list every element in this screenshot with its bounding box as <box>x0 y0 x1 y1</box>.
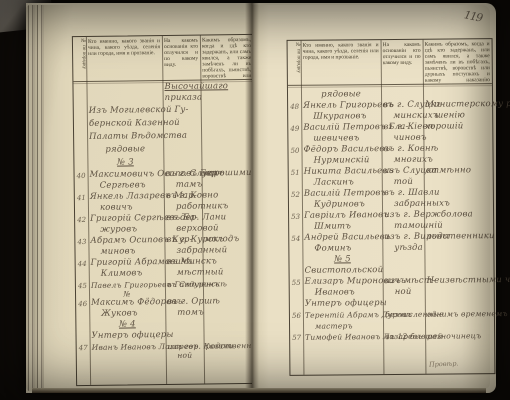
open-book: № по порядку Кто именно, какого званія и… <box>26 3 496 393</box>
entry-remarks: Министерскому разрѣ- шенію <box>423 99 510 122</box>
entry-name-line: шевичевъ <box>303 133 379 145</box>
entry-name: Иванъ Ивановъ Лазаревъ <box>90 341 166 360</box>
right-table-header: № по порядку Кто именно, какого званія и… <box>288 39 492 85</box>
register-entry: 54 Андрей Васильевъ Фоминъ изъ г. Вильны… <box>289 231 493 255</box>
entry-basis-line: минскихъ <box>383 111 421 122</box>
entry-name-line: Максимъ Фёдоровъ <box>91 297 163 309</box>
entry-number: 52 <box>289 189 302 211</box>
entry-name-line: Фёдоръ Васильевъ <box>303 144 379 156</box>
entry-name: Абрамъ Осиповъ Кур- миновъ <box>88 235 164 258</box>
basis-cell <box>165 319 203 330</box>
entry-basis: изъ г. Вильны уѣзда <box>382 232 424 254</box>
header-basis-column: На какомъ основаніи кто отлучился и по к… <box>162 36 201 80</box>
section-label-cell: Свистопольской <box>303 265 383 277</box>
entry-basis: изъ мѣст- ной <box>383 276 425 298</box>
entry-name: Василій Петровъ Гла- шевичевъ <box>301 122 381 145</box>
entry-number: 56 <box>290 310 303 332</box>
header-name-column: Кто именно, какого званія и чина, какого… <box>301 40 381 85</box>
entry-name-line: Кудриновъ <box>304 199 380 211</box>
header-remarks-column: Какимъ образомъ, когда и гдѣ кто задержа… <box>423 39 492 84</box>
section-heading-row: Изъ Могилевской Гу- бернской Казенной Па… <box>73 79 254 170</box>
entry-name: Максимовичъ Осиповъ Бер- Сергѣевъ <box>88 169 164 192</box>
entry-name-line: Иванъ Ивановъ Лазаревъ <box>92 341 164 353</box>
entry-number: 54 <box>289 233 302 255</box>
register-entry: 45 Павелъ Григорьевъ Гандуринъ № въ Смол… <box>76 278 256 298</box>
entry-basis-line: въ дер. Лани <box>166 213 200 224</box>
entry-basis: въ г. Шавли забранныхъ <box>382 188 424 210</box>
entry-remarks <box>424 209 493 232</box>
entry-number: 53 <box>289 211 302 233</box>
register-entry: 50 Фёдоръ Васильевъ Нурминскій въ г. Ков… <box>288 143 492 167</box>
basis-cell <box>381 84 423 100</box>
number-cell <box>289 255 302 266</box>
entry-basis: изъ гор. Казани ной <box>166 341 204 359</box>
register-entry: 52 Василій Петровъ Кудриновъ въ г. Шавли… <box>289 187 493 211</box>
entry-number: 50 <box>288 145 301 167</box>
right-table-body: рядовые 48 Янкель Григорьевъ Шкурановъ в… <box>288 83 494 343</box>
entry-name-line: Жуковъ <box>91 308 163 320</box>
entry-name-line: Максимовичъ Осиповъ Бер- <box>90 169 162 181</box>
entry-remark-line: отмѣнно <box>426 165 491 177</box>
section-heading: Изъ Могилевской Гу- бернской Казенной Па… <box>86 80 163 170</box>
entry-basis: въ Минскъ мѣстный <box>165 257 203 279</box>
entry-name: Андрей Васильевъ Фоминъ <box>302 232 382 255</box>
register-entry: 55 Елизаръ Мироновичъ Ивановъ изъ мѣст- … <box>290 275 494 299</box>
register-entry: 42 Григорій Сергѣевъ Ба- журовъ въ дер. … <box>75 212 255 236</box>
entry-remarks: Неизвѣстными числами <box>425 275 510 298</box>
entry-name: Григорій Абрамовичъ Климовъ <box>89 257 165 280</box>
entry-basis: въ г. Кіевѣ чиновъ <box>381 122 423 144</box>
entry-basis: изъ Слуцка той <box>382 166 424 188</box>
entry-number: 49 <box>288 123 301 145</box>
margin-note-line: Высочайшаго <box>164 82 198 93</box>
entry-number: 51 <box>289 167 302 189</box>
entry-basis: въ г. Ковно работникъ <box>164 191 202 213</box>
entry-remarks <box>423 143 492 166</box>
entry-basis-line: мѣстный <box>167 268 201 279</box>
entry-basis-line: изъ г. Вильны <box>384 232 422 243</box>
remarks-cell <box>425 264 494 276</box>
section-number: № 5 <box>304 254 380 266</box>
margin-note-line: приказа <box>165 93 199 104</box>
entry-name: Терентій Абрамъ Дуровъ мастеръ <box>303 309 383 332</box>
section-label: Свистопольской <box>305 265 381 277</box>
heading-line: Палаты Вѣдомства <box>89 130 161 144</box>
entry-basis: безчисленные <box>383 309 425 331</box>
entry-name-line: Янкель Лазаревъ Мар- <box>90 191 162 203</box>
section-number-cell: № 5 <box>302 254 382 266</box>
section-number: № 3 <box>89 156 161 170</box>
entry-number: 46 <box>76 298 89 320</box>
basis-cell <box>383 298 425 309</box>
entry-basis-line: ной <box>168 352 202 359</box>
entry-basis: изъ г. Вержболова тамошній <box>382 210 424 232</box>
section-label: Унтеръ офицеры <box>91 330 163 342</box>
left-page: № по порядку Кто именно, какого званія и… <box>44 5 272 389</box>
entry-number: 45 <box>76 280 89 298</box>
entry-basis: въ г. Слуцкъ минскихъ <box>381 100 423 122</box>
entry-number: 55 <box>290 277 303 299</box>
entry-name: Янкель Лазаревъ Мар- ковичъ <box>88 191 164 214</box>
entry-name: Максимъ Фёдоровъ Жуковъ <box>89 297 165 320</box>
register-entry: 53 Гавріилъ Ивановъ Шмитъ изъ г. Вержбол… <box>289 209 493 233</box>
left-table-header: № по порядку Кто именно, какого званія и… <box>73 35 254 81</box>
entry-name-line: Шмитъ <box>304 221 380 233</box>
entry-basis: въ г. Ковнѣ многихъ <box>381 144 423 166</box>
entry-basis-line: въ 12 бывшей <box>385 331 423 342</box>
entry-basis-line: работникъ <box>166 202 200 213</box>
register-entry: 41 Янкель Лазаревъ Мар- ковичъ въ г. Ков… <box>75 190 255 214</box>
entry-name: Павелъ Григорьевъ Гандуринъ № <box>89 279 165 298</box>
entry-name: Фёдоръ Васильевъ Нурминскій <box>301 144 381 167</box>
left-register-table: № по порядку Кто именно, какого званія и… <box>72 34 258 386</box>
entry-remarks <box>424 187 493 210</box>
number-cell <box>290 299 303 310</box>
entry-basis-line: томъ <box>167 308 201 319</box>
header-name-column: Кто именно, какого званія и чина, какого… <box>86 36 163 81</box>
group-label-cell: рядовые <box>301 84 381 101</box>
right-page: № по порядку Кто именно, какого званія и… <box>252 5 490 389</box>
entry-number: 48 <box>288 101 301 123</box>
entry-remark-line: шенію <box>425 110 510 122</box>
entry-name-line: Фоминъ <box>304 243 380 255</box>
entry-basis-line: ной <box>385 287 423 298</box>
entry-basis-line: въ г. Ковно <box>166 191 200 202</box>
entry-remarks: однимъ временемъ <box>425 308 510 331</box>
entry-name-line: Тимофей Ивановъ Лазаревъ <box>305 331 381 343</box>
entry-name-line: Абрамъ Осиповъ Кур- <box>90 235 162 247</box>
archivist-pencil-note: Провѣр. <box>428 359 458 368</box>
entry-name-line: Григорій Абрамовичъ <box>91 257 163 269</box>
entry-basis-line: въ г. Слуцкъ <box>165 169 199 180</box>
right-register-table: № по порядку Кто именно, какого званія и… <box>287 38 496 376</box>
entry-basis-line: въ г. Оршѣ <box>167 297 201 308</box>
register-entry: 46 Максимъ Фёдоровъ Жуковъ въ г. Оршѣ то… <box>76 296 256 320</box>
number-cell <box>76 320 89 331</box>
header-number-column: № по порядку <box>288 41 301 85</box>
entry-name-line: Григорій Сергѣевъ Ба- <box>90 213 162 225</box>
entry-name-line: Ивановъ <box>305 287 381 299</box>
entry-basis-line: изъ г. Вержболова <box>384 210 422 221</box>
entry-remark-line: Неизвѣстными числами <box>427 275 510 287</box>
entry-basis-line: забранный <box>166 246 200 257</box>
entry-basis-line: въ г. Кіевѣ <box>383 122 421 133</box>
entry-remarks: родственники <box>424 231 497 254</box>
entry-name: Янкель Григорьевъ Шкурановъ <box>301 100 381 123</box>
entry-remark-line: разночинецъ <box>427 330 492 342</box>
entry-number: 57 <box>290 332 303 343</box>
basis-cell <box>382 254 424 265</box>
entry-name-line: Климовъ <box>91 268 163 280</box>
heading-line: рядовые <box>89 143 161 157</box>
register-entry: 44 Григорій Абрамовичъ Климовъ въ Минскъ… <box>76 256 256 280</box>
section-label: Унтеръ офицеры <box>305 298 381 310</box>
heading-line: бернской Казенной <box>89 117 161 131</box>
entry-remark-line: родственники <box>426 231 494 243</box>
entry-name-line: Нурминскій <box>304 155 380 167</box>
entry-name-line: Василій Петровъ Гла- <box>303 122 379 134</box>
scanned-book-photo: № по порядку Кто именно, какого званія и… <box>0 0 510 400</box>
entry-basis-line: изъ мѣст- <box>385 276 423 287</box>
heading-line: Изъ Могилевской Гу- <box>89 104 161 118</box>
book-bottom-edge <box>32 388 486 393</box>
entry-number: 41 <box>75 192 88 214</box>
entry-name-line: ковичъ <box>90 202 162 214</box>
entry-name-line: Терентій Абрамъ Дуровъ <box>305 309 381 321</box>
entry-name-line: Никита Васильевъ <box>304 166 380 178</box>
entry-name-line: миновъ <box>90 246 162 258</box>
entry-number: 43 <box>75 236 88 258</box>
entry-number: 42 <box>75 214 88 236</box>
basis-cell <box>165 330 203 341</box>
entry-remarks: разночинецъ <box>425 330 494 342</box>
remarks-cell <box>424 253 493 265</box>
entry-name-line: Сергѣевъ <box>90 180 162 192</box>
entry-basis-line: той <box>384 177 422 188</box>
entry-number: 40 <box>75 170 88 192</box>
entry-remark-line: хорошій <box>425 121 490 133</box>
entry-remark-line: однимъ временемъ <box>427 308 508 320</box>
book-gutter-shadow <box>245 3 259 393</box>
entry-basis-line: изъ Слуцка <box>384 166 422 177</box>
entry-basis-line: тамошній <box>384 221 422 232</box>
entry-basis-line: уѣзда <box>384 243 422 254</box>
number-cell <box>73 81 87 170</box>
register-entry: 47 Иванъ Ивановъ Лазаревъ изъ гор. Казан… <box>77 340 257 360</box>
register-entry: 56 Терентій Абрамъ Дуровъ мастеръ безчис… <box>290 308 494 332</box>
entry-basis-line: въ г. Ковнѣ <box>383 144 421 155</box>
register-entry: 51 Никита Васильевъ Ласкинъ изъ Слуцка т… <box>289 165 493 189</box>
entry-basis: въ г. Слуцкъ тамъ <box>163 169 201 191</box>
entry-basis-line: чиновъ <box>383 133 421 144</box>
entry-name-line: мастеръ <box>305 320 381 332</box>
register-entry: 40 Максимовичъ Осиповъ Бер- Сергѣевъ въ … <box>75 168 255 192</box>
entry-basis-line: тамъ <box>166 180 200 191</box>
section-number: № 4 <box>91 319 163 331</box>
entry-remarks: хорошій <box>423 121 492 144</box>
register-entry: 43 Абрамъ Осиповъ Кур- миновъ въ г. Курс… <box>75 234 255 258</box>
entry-basis-line: въ Смоленскѣ <box>167 279 201 290</box>
entry-remarks: отмѣнно <box>424 165 493 188</box>
entry-basis-line: въ Минскъ <box>167 257 201 268</box>
entry-name: Гавріилъ Ивановъ Шмитъ <box>302 210 382 233</box>
entry-basis-line: забранныхъ <box>384 199 422 210</box>
entry-name-line: Ласкинъ <box>304 177 380 189</box>
number-cell <box>76 331 89 342</box>
entry-basis-line: въ г. Шавли <box>384 188 422 199</box>
entry-name-line: Шкурановъ <box>303 111 379 123</box>
number-cell <box>290 266 303 277</box>
entry-basis: въ Смоленскѣ <box>165 279 203 297</box>
entry-name: Василій Петровъ Кудриновъ <box>302 188 382 211</box>
register-entry: 57 Тимофей Ивановъ Лазаревъ въ 12 бывшей… <box>290 330 494 343</box>
entry-basis: въ 12 бывшей <box>383 331 425 342</box>
entry-basis-line: многихъ <box>384 155 422 166</box>
remarks-cell <box>423 83 492 100</box>
number-cell <box>288 85 301 101</box>
register-entry: 48 Янкель Григорьевъ Шкурановъ въ г. Слу… <box>288 99 492 123</box>
entry-basis: въ г. Оршѣ томъ <box>165 297 203 319</box>
group-label: рядовые <box>303 89 379 101</box>
entry-basis-line: въ г. Слуцкъ <box>383 100 421 111</box>
group-label-row: рядовые <box>288 83 492 101</box>
register-entry: 49 Василій Петровъ Гла- шевичевъ въ г. К… <box>288 121 492 145</box>
section-label-cell: Унтеръ офицеры <box>303 298 383 310</box>
entry-name-line: журовъ <box>90 224 162 236</box>
entry-name: Никита Васильевъ Ласкинъ <box>302 166 382 189</box>
remarks-cell <box>425 297 494 309</box>
basis-cell <box>383 265 425 276</box>
entry-name: Григорій Сергѣевъ Ба- журовъ <box>88 213 164 236</box>
entry-name-line: Василій Петровъ <box>304 188 380 200</box>
entry-remark-line: Министерскому разрѣ- <box>425 99 510 111</box>
entry-basis-line: въ г. Курскъ <box>166 235 200 246</box>
header-basis-column: На какомъ основаніи кто отлучился и по к… <box>381 40 423 84</box>
margin-note: Высочайшаго приказа <box>162 80 201 169</box>
entry-name-line: Гавріилъ Ивановъ <box>304 210 380 222</box>
entry-name: Елизаръ Мироновичъ Ивановъ <box>303 276 383 299</box>
entry-basis-line: безчисленные <box>385 309 423 320</box>
entry-basis: въ г. Курскъ забранный <box>164 235 202 257</box>
entry-name-line: Андрей Васильевъ <box>304 232 380 244</box>
entry-basis: въ дер. Лани верховой <box>164 213 202 235</box>
entry-basis-line: верховой <box>166 224 200 235</box>
entry-number: 47 <box>77 342 90 360</box>
header-number-column: № по порядку <box>73 37 87 81</box>
entry-name-line: Елизаръ Мироновичъ <box>305 276 381 288</box>
entry-name: Тимофей Ивановъ Лазаревъ <box>303 331 383 343</box>
entry-name-line: Янкель Григорьевъ <box>303 100 379 112</box>
left-table-body: Изъ Могилевской Гу- бернской Казенной Па… <box>73 79 256 360</box>
entry-number: 44 <box>76 258 89 280</box>
